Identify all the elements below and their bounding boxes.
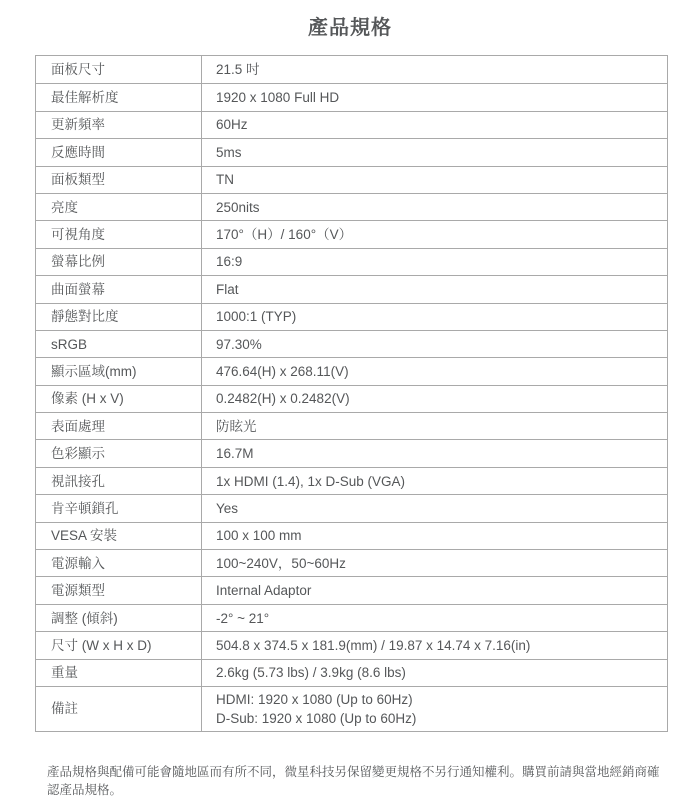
spec-label: 電源輸入 [36,550,202,576]
spec-row-tilt-adjustment: 調整 (傾斜) -2° ~ 21° [36,604,667,631]
spec-label: 可視角度 [36,221,202,247]
spec-label: 更新頻率 [36,112,202,138]
spec-label: 肯辛頓鎖孔 [36,495,202,521]
spec-label: 曲面螢幕 [36,276,202,302]
spec-label: 反應時間 [36,139,202,165]
spec-label: 備註 [36,687,202,731]
spec-value: 250nits [202,194,667,220]
spec-value: 16:9 [202,249,667,275]
spec-label: 表面處理 [36,413,202,439]
spec-row-dimensions: 尺寸 (W x H x D) 504.8 x 374.5 x 181.9(mm)… [36,631,667,658]
spec-value: 504.8 x 374.5 x 181.9(mm) / 19.87 x 14.7… [202,632,667,658]
spec-value: -2° ~ 21° [202,605,667,631]
spec-value: 1000:1 (TYP) [202,304,667,330]
spec-row-power-input: 電源輸入 100~240V，50~60Hz [36,549,667,576]
spec-row-resolution: 最佳解析度 1920 x 1080 Full HD [36,83,667,110]
spec-row-kensington-lock: 肯辛頓鎖孔 Yes [36,494,667,521]
spec-row-viewing-angle: 可視角度 170°（H）/ 160°（V） [36,220,667,247]
spec-label: 亮度 [36,194,202,220]
spec-value: 97.30% [202,331,667,357]
spec-value: 21.5 吋 [202,56,667,83]
spec-label: 最佳解析度 [36,84,202,110]
spec-row-panel-size: 面板尺寸 21.5 吋 [36,56,667,83]
spec-row-remarks: 備註 HDMI: 1920 x 1080 (Up to 60Hz) D-Sub:… [36,686,667,731]
spec-row-srgb: sRGB 97.30% [36,330,667,357]
spec-label: 重量 [36,660,202,686]
spec-value: HDMI: 1920 x 1080 (Up to 60Hz) D-Sub: 19… [202,687,667,731]
spec-value: 0.2482(H) x 0.2482(V) [202,386,667,412]
spec-value: 1920 x 1080 Full HD [202,84,667,110]
spec-value: Yes [202,495,667,521]
spec-value: 60Hz [202,112,667,138]
spec-label: 靜態對比度 [36,304,202,330]
spec-label: 色彩顯示 [36,440,202,466]
spec-row-brightness: 亮度 250nits [36,193,667,220]
spec-label: 電源類型 [36,577,202,603]
spec-label: 視訊接孔 [36,468,202,494]
spec-value: 170°（H）/ 160°（V） [202,221,667,247]
spec-label: 螢幕比例 [36,249,202,275]
spec-label: 調整 (傾斜) [36,605,202,631]
spec-row-refresh-rate: 更新頻率 60Hz [36,111,667,138]
spec-row-pixel-pitch: 像素 (H x V) 0.2482(H) x 0.2482(V) [36,385,667,412]
spec-value: Flat [202,276,667,302]
spec-row-colors: 色彩顯示 16.7M [36,439,667,466]
spec-value: 16.7M [202,440,667,466]
spec-value: 100 x 100 mm [202,523,667,549]
spec-value: 2.6kg (5.73 lbs) / 3.9kg (8.6 lbs) [202,660,667,686]
spec-label: 像素 (H x V) [36,386,202,412]
spec-value: TN [202,167,667,193]
spec-row-response-time: 反應時間 5ms [36,138,667,165]
spec-row-power-type: 電源類型 Internal Adaptor [36,576,667,603]
spec-label: VESA 安裝 [36,523,202,549]
spec-row-panel-type: 面板類型 TN [36,166,667,193]
spec-label: 面板尺寸 [36,56,202,83]
spec-value: 5ms [202,139,667,165]
spec-value: 1x HDMI (1.4), 1x D-Sub (VGA) [202,468,667,494]
spec-label: 尺寸 (W x H x D) [36,632,202,658]
spec-value: Internal Adaptor [202,577,667,603]
spec-label: 面板類型 [36,167,202,193]
disclaimer-text: 產品規格與配備可能會隨地區而有所不同，微星科技另保留變更規格不另行通知權利。購買… [47,763,669,799]
spec-table: 面板尺寸 21.5 吋 最佳解析度 1920 x 1080 Full HD 更新… [35,55,668,732]
spec-row-video-ports: 視訊接孔 1x HDMI (1.4), 1x D-Sub (VGA) [36,467,667,494]
spec-row-weight: 重量 2.6kg (5.73 lbs) / 3.9kg (8.6 lbs) [36,659,667,686]
spec-row-vesa-mount: VESA 安裝 100 x 100 mm [36,522,667,549]
page-title: 產品規格 [0,0,700,40]
spec-value: 476.64(H) x 268.11(V) [202,358,667,384]
spec-row-display-area: 顯示區域(mm) 476.64(H) x 268.11(V) [36,357,667,384]
spec-row-surface-treatment: 表面處理 防眩光 [36,412,667,439]
spec-label: 顯示區域(mm) [36,358,202,384]
spec-label: sRGB [36,331,202,357]
spec-value: 100~240V，50~60Hz [202,550,667,576]
spec-row-contrast: 靜態對比度 1000:1 (TYP) [36,303,667,330]
spec-row-curvature: 曲面螢幕 Flat [36,275,667,302]
spec-row-aspect-ratio: 螢幕比例 16:9 [36,248,667,275]
spec-value: 防眩光 [202,413,667,439]
